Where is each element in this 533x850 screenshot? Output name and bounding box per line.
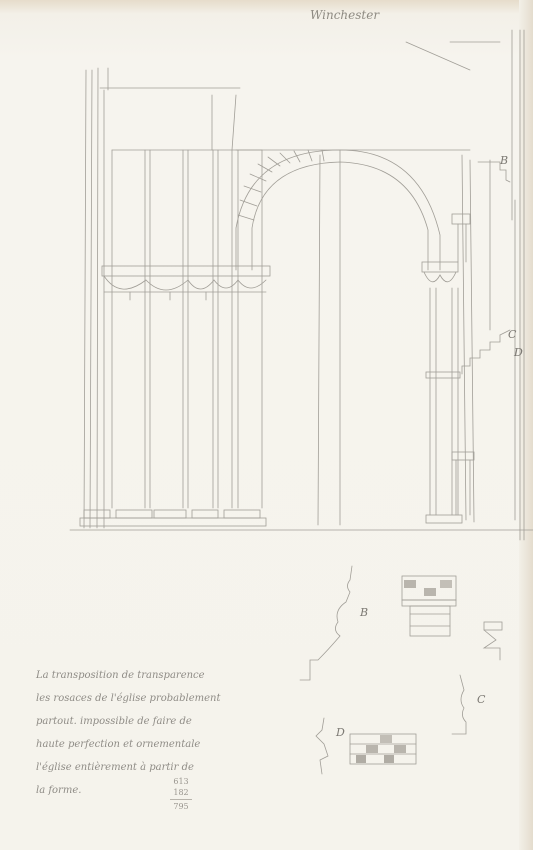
right-pier (422, 155, 474, 523)
sum-a: 613 (170, 776, 192, 787)
column-bases (70, 510, 533, 530)
sum-b: 182 (170, 787, 192, 798)
note-line: partout. impossible de faire de (36, 710, 220, 733)
cushion-capitals (102, 266, 270, 300)
profile-b-label: B (360, 606, 368, 619)
column-shafts (112, 95, 262, 508)
note-line: l'église entièrement à partir de (36, 756, 220, 779)
note-line: La transposition de transparence (36, 664, 220, 687)
profile-d-label: D (336, 726, 345, 739)
arithmetic-sum: 613 182 795 (170, 776, 192, 812)
note-line: les rosaces de l'église probablement (36, 687, 220, 710)
label-b: B (500, 154, 508, 167)
sum-rule (170, 799, 192, 800)
label-d: D (514, 346, 523, 359)
sum-result: 795 (170, 801, 192, 812)
label-c: C (508, 328, 516, 341)
note-line: la forme. (36, 779, 220, 802)
masonry-panel (350, 734, 416, 764)
handwritten-notes: La transposition de transparence les ros… (36, 664, 220, 802)
capital-detail (402, 576, 456, 636)
profile-c-label: C (477, 693, 485, 706)
arch (236, 150, 470, 525)
left-pilasters (84, 68, 240, 528)
note-line: haute perfection et ornementale (36, 733, 220, 756)
small-capital (484, 622, 502, 660)
profile-d (316, 718, 328, 774)
profile-c (452, 675, 466, 734)
profile-b (300, 566, 352, 680)
